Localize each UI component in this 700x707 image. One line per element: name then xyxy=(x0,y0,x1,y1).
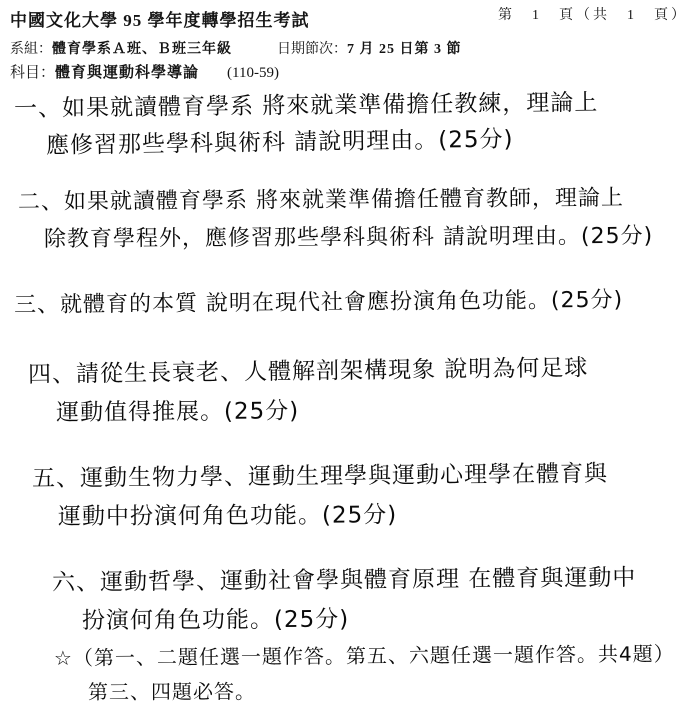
schedule-line: 日期節次：7 月 25 日第 3 節 xyxy=(277,38,462,58)
subject-line: 科目：體育與運動科學導論(110-59) xyxy=(10,61,279,82)
question-5-line-1: 五、運動生物力學、運動生理學與運動心理學在體育與 xyxy=(32,455,608,493)
subject-label: 科目： xyxy=(10,65,55,81)
question-4-line-1: 四、請從生長衰老、人體解剖架構現象 說明為何足球 xyxy=(28,349,589,389)
question-4-line-2: 運動值得推展。(25分) xyxy=(56,392,299,427)
question-2-line-2: 除教育學程外，應修習那些學科與術科 請說明理由。(25分) xyxy=(44,219,653,253)
question-6-line-2: 扮演何角色功能。(25分) xyxy=(82,601,349,635)
question-1-line-1: 一、如果就讀體育學系 將來就業準備擔任教練，理論上 xyxy=(14,84,599,123)
department-line: 系組：體育學系Ａ班、Ｂ班三年級 xyxy=(10,38,232,58)
exam-title: 中國文化大學 95 學年度轉學招生考試 xyxy=(10,6,310,31)
exam-paper-page: 中國文化大學 95 學年度轉學招生考試 第 1 頁（共 1 頁） 系組：體育學系… xyxy=(0,0,700,707)
page-number: 第 1 頁（共 1 頁） xyxy=(498,4,688,24)
schedule-value: 7 月 25 日第 3 節 xyxy=(347,42,462,57)
question-5-line-2: 運動中扮演何角色功能。(25分) xyxy=(58,496,397,531)
answer-instruction-line-1: ☆（第一、二題任選一題作答。第五、六題任選一題作答。共4題） xyxy=(54,638,675,671)
subject-code: (110-59) xyxy=(227,65,279,81)
schedule-label: 日期節次： xyxy=(277,42,347,57)
question-1-line-2: 應修習那些學科與術科 請說明理由。(25分) xyxy=(46,120,514,160)
question-2-line-1: 二、如果就讀體育學系 將來就業準備擔任體育教師，理論上 xyxy=(18,181,624,216)
question-6-line-1: 六、運動哲學、運動社會學與體育原理 在體育與運動中 xyxy=(52,559,637,597)
question-3-line-1: 三、就體育的本質 說明在現代社會應扮演角色功能。(25分) xyxy=(14,283,623,319)
department-value: 體育學系Ａ班、Ｂ班三年級 xyxy=(52,42,232,57)
answer-instruction-line-2: 第三、四題必答。 xyxy=(88,675,256,705)
department-label: 系組： xyxy=(10,42,52,57)
subject-value: 體育與運動科學導論 xyxy=(55,65,199,81)
